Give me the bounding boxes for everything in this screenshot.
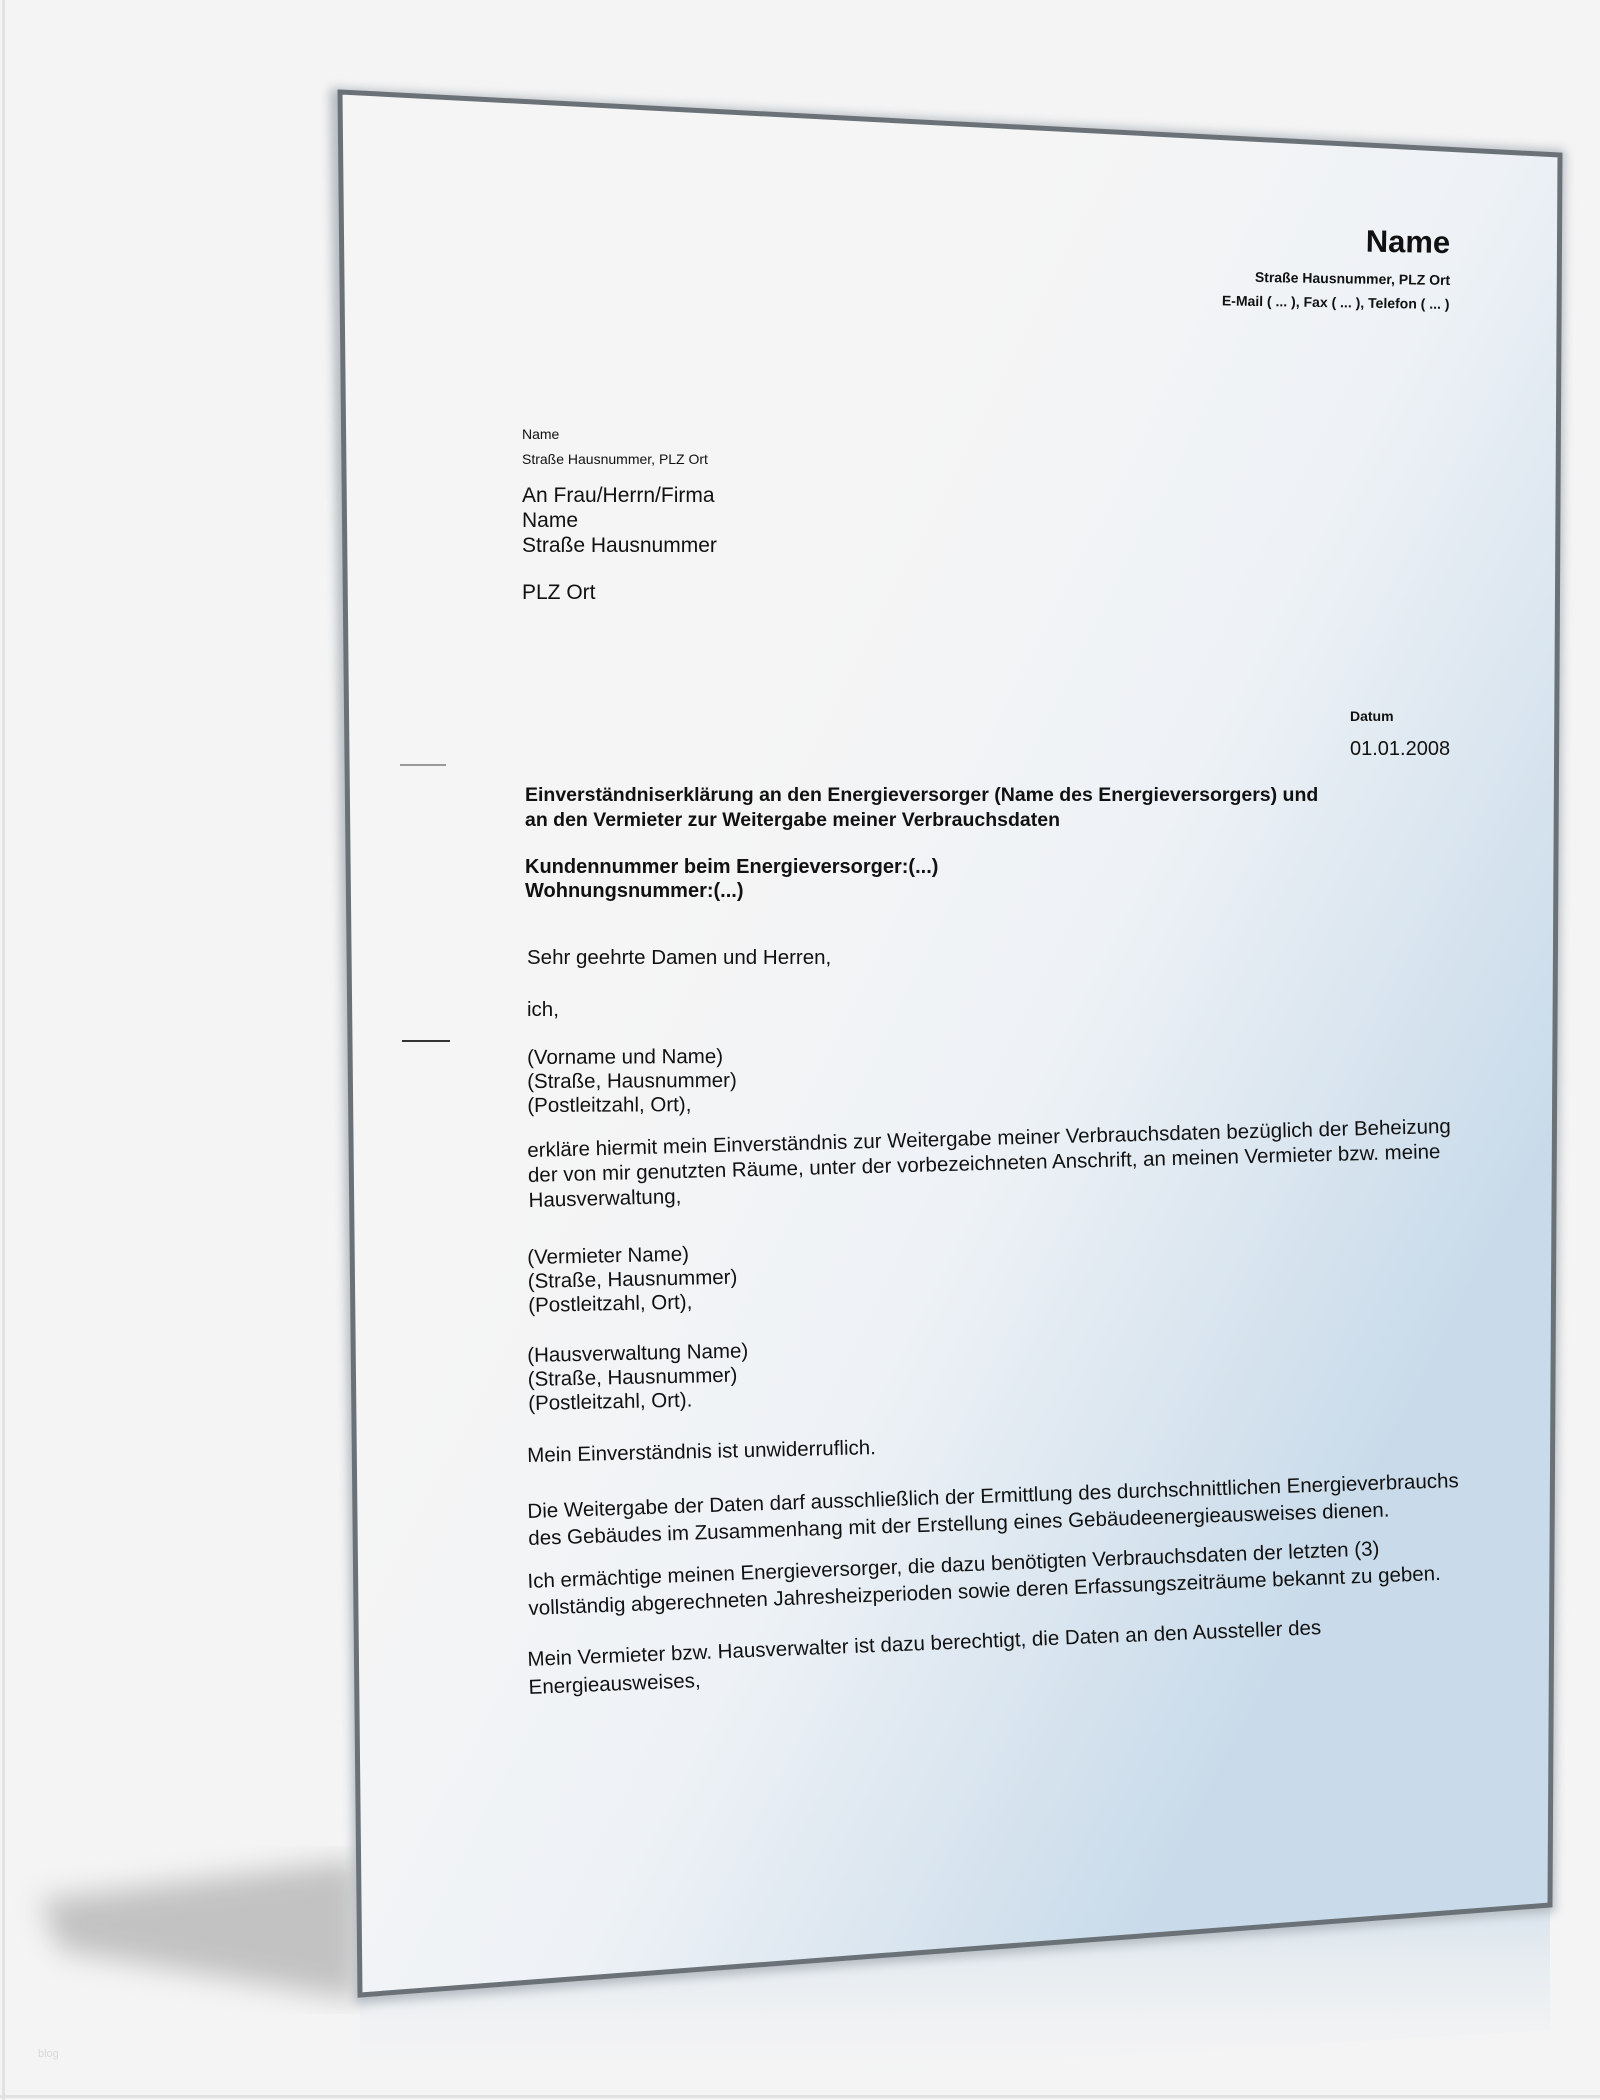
- recipient-city: PLZ Ort: [522, 580, 596, 605]
- management-city: (Postleitzahl, Ort).: [528, 1387, 749, 1416]
- customer-number: Kundennummer beim Energieversorger:(...): [525, 855, 938, 879]
- subject-line-1: Einverständniserklärung an den Energieve…: [525, 783, 1318, 808]
- date-label: Datum: [1350, 708, 1394, 724]
- recipient-street: Straße Hausnummer: [522, 533, 717, 558]
- management-block: (Hausverwaltung Name) (Straße, Hausnumme…: [527, 1339, 749, 1416]
- return-address-street: Straße Hausnummer, PLZ Ort: [522, 451, 708, 467]
- tenant-block: (Vorname und Name) (Straße, Hausnummer) …: [527, 1045, 737, 1118]
- apartment-number: Wohnungsnummer:(...): [525, 879, 938, 903]
- management-street: (Straße, Hausnummer): [528, 1363, 749, 1392]
- return-address-name: Name: [522, 426, 559, 442]
- recipient-name: Name: [522, 508, 578, 533]
- sender-name: Name: [1365, 224, 1450, 261]
- salutation: Sehr geehrte Damen und Herren,: [527, 946, 831, 970]
- watermark: blog: [38, 2048, 59, 2060]
- date-value: 01.01.2008: [1350, 738, 1450, 761]
- tenant-name: (Vorname und Name): [527, 1045, 737, 1070]
- reference-block: Kundennummer beim Energieversorger:(...)…: [525, 855, 938, 903]
- subject-heading: Einverständniserklärung an den Energieve…: [525, 783, 1318, 833]
- tenant-street: (Straße, Hausnummer): [527, 1069, 737, 1094]
- intro-text: ich,: [527, 998, 559, 1022]
- fold-mark: [400, 764, 446, 766]
- tenant-city: (Postleitzahl, Ort),: [527, 1093, 737, 1118]
- sender-address: Straße Hausnummer, PLZ Ort: [1254, 269, 1450, 288]
- punch-mark: [402, 1040, 450, 1042]
- landlord-block: (Vermieter Name) (Straße, Hausnummer) (P…: [527, 1242, 738, 1318]
- landlord-street: (Straße, Hausnummer): [528, 1266, 738, 1294]
- document-page-graphic: [0, 0, 1600, 2100]
- recipient-salutation: An Frau/Herrn/Firma: [522, 483, 715, 508]
- subject-line-2: an den Vermieter zur Weitergabe meiner V…: [525, 808, 1318, 833]
- landlord-city: (Postleitzahl, Ort),: [528, 1290, 738, 1318]
